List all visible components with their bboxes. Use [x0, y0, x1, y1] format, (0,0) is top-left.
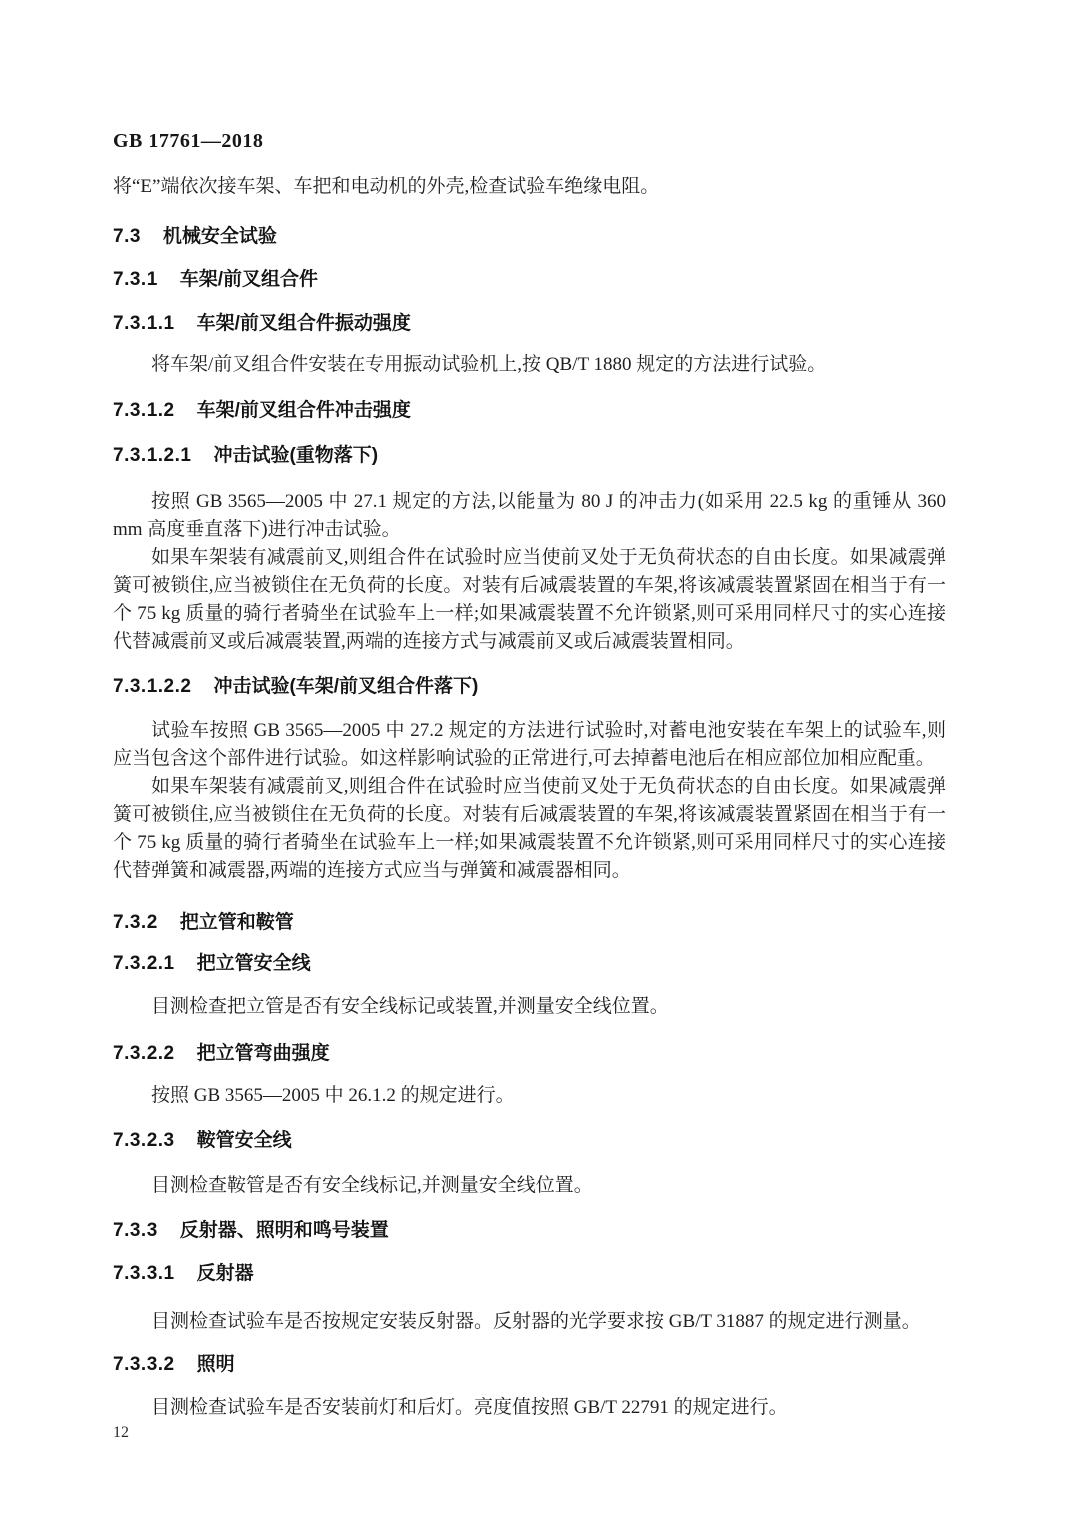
section-title: 机械安全试验: [163, 226, 277, 247]
section-title: 照明: [197, 1354, 235, 1375]
section-title: 车架/前叉组合件冲击强度: [197, 400, 411, 421]
section-number: 7.3.2.3: [113, 1130, 175, 1152]
section-heading-7-3-1-2-2: 7.3.1.2.2冲击试验(车架/前叉组合件落下): [113, 676, 946, 698]
section-number: 7.3.2.2: [113, 1043, 175, 1065]
section-number: 7.3.2.1: [113, 953, 175, 975]
section-number: 7.3.3.1: [113, 1263, 175, 1285]
section-title: 反射器、照明和鸣号装置: [180, 1220, 389, 1241]
section-number: 7.3.3.2: [113, 1354, 175, 1376]
section-heading-7-3-2: 7.3.2把立管和鞍管: [113, 912, 946, 934]
section-number: 7.3.1.1: [113, 313, 175, 335]
section-title: 车架/前叉组合件振动强度: [197, 313, 411, 334]
section-number: 7.3.3: [113, 1220, 158, 1242]
running-header: GB 17761—2018: [113, 130, 946, 152]
section-title: 把立管安全线: [197, 953, 311, 974]
paragraph-impact-fall-suspension: 如果车架装有减震前叉,则组合件在试验时应当使前叉处于无负荷状态的自由长度。如果减…: [113, 773, 946, 885]
section-heading-7-3: 7.3机械安全试验: [113, 226, 946, 248]
section-heading-7-3-2-1: 7.3.2.1把立管安全线: [113, 953, 946, 975]
section-title: 把立管弯曲强度: [197, 1043, 330, 1064]
section-title: 车架/前叉组合件: [180, 269, 318, 290]
section-heading-7-3-2-3: 7.3.2.3鞍管安全线: [113, 1130, 946, 1152]
section-number: 7.3.1.2.2: [113, 676, 191, 698]
section-heading-7-3-3-1: 7.3.3.1反射器: [113, 1263, 946, 1285]
document-page: GB 17761—2018 将“E”端依次接车架、车把和电动机的外壳,检查试验车…: [0, 0, 1074, 1520]
paragraph-impact-drop: 按照 GB 3565—2005 中 27.1 规定的方法,以能量为 80 J 的…: [113, 488, 946, 544]
section-heading-7-3-1-1: 7.3.1.1车架/前叉组合件振动强度: [113, 313, 946, 335]
page-content: GB 17761—2018 将“E”端依次接车架、车把和电动机的外壳,检查试验车…: [113, 0, 946, 1442]
section-heading-7-3-1: 7.3.1车架/前叉组合件: [113, 269, 946, 291]
paragraph-stem-safety-line: 目测检查把立管是否有安全线标记或装置,并测量安全线位置。: [113, 993, 946, 1021]
section-number: 7.3.1: [113, 269, 158, 291]
section-number: 7.3.2: [113, 912, 158, 934]
page-number: 12: [113, 1424, 946, 1442]
section-number: 7.3: [113, 226, 141, 248]
paragraph-intro: 将“E”端依次接车架、车把和电动机的外壳,检查试验车绝缘电阻。: [113, 173, 946, 201]
paragraph-seatpost-safety-line: 目测检查鞍管是否有安全线标记,并测量安全线位置。: [113, 1172, 946, 1200]
section-heading-7-3-3: 7.3.3反射器、照明和鸣号装置: [113, 1220, 946, 1242]
section-heading-7-3-1-2: 7.3.1.2车架/前叉组合件冲击强度: [113, 400, 946, 422]
section-title: 反射器: [197, 1263, 254, 1284]
section-number: 7.3.1.2: [113, 400, 175, 422]
section-number: 7.3.1.2.1: [113, 445, 191, 467]
section-title: 冲击试验(车架/前叉组合件落下): [213, 676, 478, 697]
section-heading-7-3-3-2: 7.3.3.2照明: [113, 1354, 946, 1376]
section-heading-7-3-2-2: 7.3.2.2把立管弯曲强度: [113, 1043, 946, 1065]
section-heading-7-3-1-2-1: 7.3.1.2.1冲击试验(重物落下): [113, 445, 946, 467]
section-title: 把立管和鞍管: [180, 912, 294, 933]
section-title: 冲击试验(重物落下): [213, 445, 378, 466]
paragraph-stem-bending: 按照 GB 3565—2005 中 26.1.2 的规定进行。: [113, 1082, 946, 1110]
paragraph-reflector: 目测检查试验车是否按规定安装反射器。反射器的光学要求按 GB/T 31887 的…: [113, 1308, 946, 1336]
paragraph-impact-fall: 试验车按照 GB 3565—2005 中 27.2 规定的方法进行试验时,对蓄电…: [113, 717, 946, 773]
paragraph-impact-drop-suspension: 如果车架装有减震前叉,则组合件在试验时应当使前叉处于无负荷状态的自由长度。如果减…: [113, 544, 946, 656]
paragraph-vibration: 将车架/前叉组合件安装在专用振动试验机上,按 QB/T 1880 规定的方法进行…: [113, 351, 946, 379]
paragraph-lighting: 目测检查试验车是否安装前灯和后灯。亮度值按照 GB/T 22791 的规定进行。: [113, 1394, 946, 1422]
section-title: 鞍管安全线: [197, 1130, 292, 1151]
